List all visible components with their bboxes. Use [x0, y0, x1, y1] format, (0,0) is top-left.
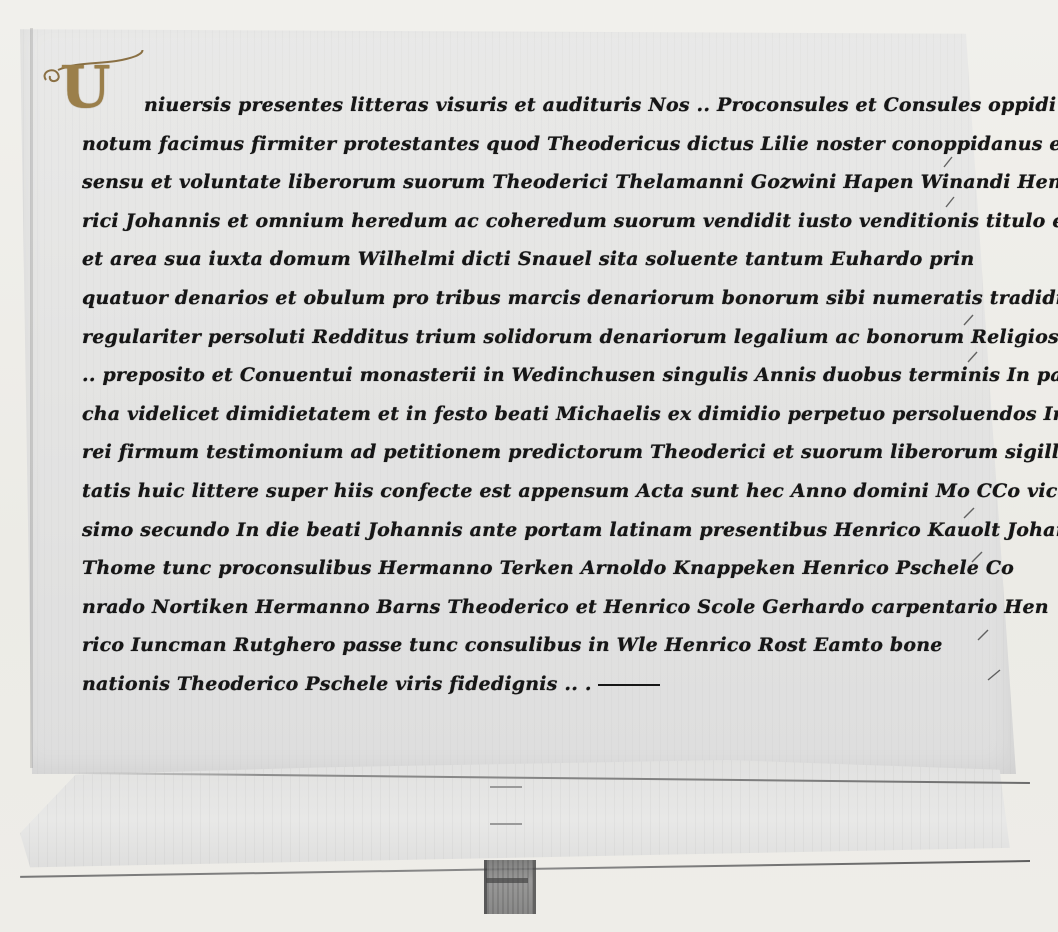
text-line-13: Thome tunc proconsulibus Hermanno Terken…: [82, 549, 982, 588]
line-text: cha videlicet dimidietatem et in festo b…: [82, 403, 1058, 425]
text-line-2: notum facimus firmiter protestantes quod…: [82, 125, 982, 164]
line-text: Thome tunc proconsulibus Hermanno Terken…: [82, 557, 1014, 579]
illuminated-initial: U: [60, 56, 118, 118]
text-line-3: sensu et voluntate liberorum suorum Theo…: [82, 163, 982, 202]
text-line-15: rico Iuncman Rutghero passe tunc consuli…: [82, 626, 982, 665]
text-line-10: rei firmum testimonium ad petitionem pre…: [82, 433, 982, 472]
seal-slit-upper: [490, 786, 522, 788]
line-text: regulariter persoluti Redditus trium sol…: [82, 326, 1058, 348]
line-text: niuersis presentes litteras visuris et a…: [144, 94, 1058, 116]
line-filler-rule: [598, 684, 660, 686]
line-text: rici Johannis et omnium heredum ac coher…: [82, 210, 1058, 232]
text-line-4: rici Johannis et omnium heredum ac coher…: [82, 202, 982, 241]
parchment-left-edge: [30, 28, 33, 768]
text-line-1: U niuersis presentes litteras visuris et…: [82, 86, 982, 125]
line-text: nrado Nortiken Hermanno Barns Theoderico…: [82, 596, 1049, 618]
line-text: notum facimus firmiter protestantes quod…: [82, 133, 1058, 155]
seal-tag-strip: [484, 860, 536, 914]
text-line-16: nationis Theoderico Pschele viris fidedi…: [82, 665, 982, 704]
text-line-8: .. preposito et Conuentui monasterii in …: [82, 356, 982, 395]
text-line-9: cha videlicet dimidietatem et in festo b…: [82, 395, 982, 434]
line-text: rei firmum testimonium ad petitionem pre…: [82, 441, 1058, 463]
charter-text-block: U niuersis presentes litteras visuris et…: [82, 86, 982, 704]
seal-slit-lower: [490, 823, 522, 825]
line-text: quatuor denarios et obulum pro tribus ma…: [82, 287, 1058, 309]
line-text: nationis Theoderico Pschele viris fidedi…: [82, 673, 592, 695]
text-line-5: et area sua iuxta domum Wilhelmi dicti S…: [82, 240, 982, 279]
line-text: tatis huic littere super hiis confecte e…: [82, 480, 1058, 502]
line-text: simo secundo In die beati Johannis ante …: [82, 519, 1058, 541]
line-text: rico Iuncman Rutghero passe tunc consuli…: [82, 634, 943, 656]
line-text: sensu et voluntate liberorum suorum Theo…: [82, 171, 1058, 193]
line-text: .. preposito et Conuentui monasterii in …: [82, 364, 1058, 386]
text-line-7: regulariter persoluti Redditus trium sol…: [82, 318, 982, 357]
text-line-6: quatuor denarios et obulum pro tribus ma…: [82, 279, 982, 318]
text-line-12: simo secundo In die beati Johannis ante …: [82, 511, 982, 550]
text-line-14: nrado Nortiken Hermanno Barns Theoderico…: [82, 588, 982, 627]
seal-tag-band: [486, 878, 528, 883]
text-line-11: tatis huic littere super hiis confecte e…: [82, 472, 982, 511]
line-text: et area sua iuxta domum Wilhelmi dicti S…: [82, 248, 974, 270]
